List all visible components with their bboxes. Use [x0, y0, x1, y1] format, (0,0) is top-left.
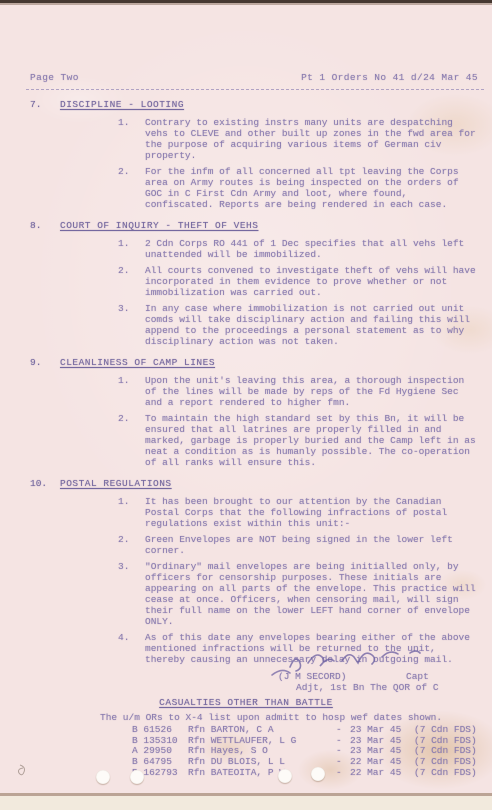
header-divider	[26, 89, 484, 90]
section-title: DISCIPLINE - LOOTING	[60, 99, 184, 110]
paragraph-text: In any case where immobilization is not …	[145, 303, 476, 347]
hole-punch	[278, 769, 292, 783]
section-discipline-looting: 7. DISCIPLINE - LOOTING 1. Contrary to e…	[30, 99, 476, 210]
paragraph-text: All courts convened to investigate theft…	[145, 265, 476, 298]
admit-date: 22 Mar 45	[350, 768, 414, 779]
paragraph-number: 2.	[118, 413, 145, 468]
paragraph-text: "Ordinary" mail envelopes are being init…	[145, 561, 476, 627]
paragraph: 1. 2 Cdn Corps RO 441 of 1 Dec specifies…	[30, 238, 476, 260]
dash: -	[336, 768, 350, 779]
document-page: Page Two Pt 1 Orders No 41 d/24 Mar 45 7…	[0, 0, 492, 810]
section-number: 10.	[30, 478, 60, 489]
scan-background-strip	[0, 796, 492, 810]
section-cleanliness: 9. CLEANLINESS OF CAMP LINES 1. Upon the…	[30, 357, 476, 468]
hole-punch	[311, 767, 325, 781]
signatory-name: (J M SECORD)	[278, 671, 406, 682]
paragraph: 2. To maintain the high standard set by …	[30, 413, 476, 468]
section-number: 9.	[30, 357, 60, 368]
section-court-of-inquiry: 8. COURT OF INQUIRY - THEFT OF VEHS 1. 2…	[30, 220, 476, 347]
paragraph-text: 2 Cdn Corps RO 441 of 1 Dec specifies th…	[145, 238, 476, 260]
paragraph-text: It has been brought to our attention by …	[145, 496, 476, 529]
paragraph-number: 1.	[118, 238, 145, 260]
paragraph: 3. "Ordinary" mail envelopes are being i…	[30, 561, 476, 627]
paragraph-text: For the infm of all concerned all tpt le…	[145, 166, 476, 210]
paragraph-number: 2.	[118, 534, 145, 556]
paragraph: 2. For the infm of all concerned all tpt…	[30, 166, 476, 210]
section-number: 7.	[30, 99, 60, 110]
paragraph-text: Green Envelopes are NOT being signed in …	[145, 534, 476, 556]
paragraph: 2. Green Envelopes are NOT being signed …	[30, 534, 476, 556]
hospital-unit: (7 Cdn FDS)	[414, 768, 477, 779]
paragraph: 2. All courts convened to investigate th…	[30, 265, 476, 298]
casualties-title: CASUALTIES OTHER THAN BATTLE	[0, 697, 492, 708]
hole-punch	[130, 770, 144, 784]
orders-reference-label: Pt 1 Orders No 41 d/24 Mar 45	[301, 72, 478, 83]
section-title: COURT OF INQUIRY - THEFT OF VEHS	[60, 220, 258, 231]
paragraph-number: 1.	[118, 375, 145, 408]
section-postal-regulations: 10. POSTAL REGULATIONS 1. It has been br…	[30, 478, 476, 665]
paragraph: 1. It has been brought to our attention …	[30, 496, 476, 529]
paragraph-number: 3.	[118, 303, 145, 347]
section-title: CLEANLINESS OF CAMP LINES	[60, 357, 215, 368]
paragraph-number: 2.	[118, 166, 145, 210]
signatory-rank: Capt	[406, 671, 429, 682]
pencil-mark	[16, 762, 32, 778]
casualties-intro: The u/m ORs to X-4 list upon admitt to h…	[100, 712, 492, 723]
paragraph-number: 3.	[118, 561, 145, 627]
casualties-section: CASUALTIES OTHER THAN BATTLE The u/m ORs…	[0, 697, 492, 779]
paragraph-number: 1.	[118, 496, 145, 529]
scan-edge-top-shadow	[0, 3, 492, 5]
paragraph-text: Upon the unit's leaving this area, a tho…	[145, 375, 476, 408]
paragraph: 1. Upon the unit's leaving this area, a …	[30, 375, 476, 408]
signatory-role: Adjt, 1st Bn The QOR of C	[296, 682, 439, 693]
paragraph-number: 1.	[118, 117, 145, 161]
paragraph-number: 2.	[118, 265, 145, 298]
signature-block: (J M SECORD) Capt Adjt, 1st Bn The QOR o…	[0, 645, 492, 695]
hole-punch	[96, 770, 110, 784]
section-number: 8.	[30, 220, 60, 231]
paragraph: 1. Contrary to existing instrs many unit…	[30, 117, 476, 161]
paragraph: 3. In any case where immobilization is n…	[30, 303, 476, 347]
paragraph-text: To maintain the high standard set by thi…	[145, 413, 476, 468]
paragraph-text: Contrary to existing instrs many units a…	[145, 117, 476, 161]
orders-body: 7. DISCIPLINE - LOOTING 1. Contrary to e…	[30, 99, 476, 665]
page-number-label: Page Two	[30, 72, 79, 83]
section-title: POSTAL REGULATIONS	[60, 478, 172, 489]
page-header: Page Two Pt 1 Orders No 41 d/24 Mar 45	[30, 72, 478, 83]
